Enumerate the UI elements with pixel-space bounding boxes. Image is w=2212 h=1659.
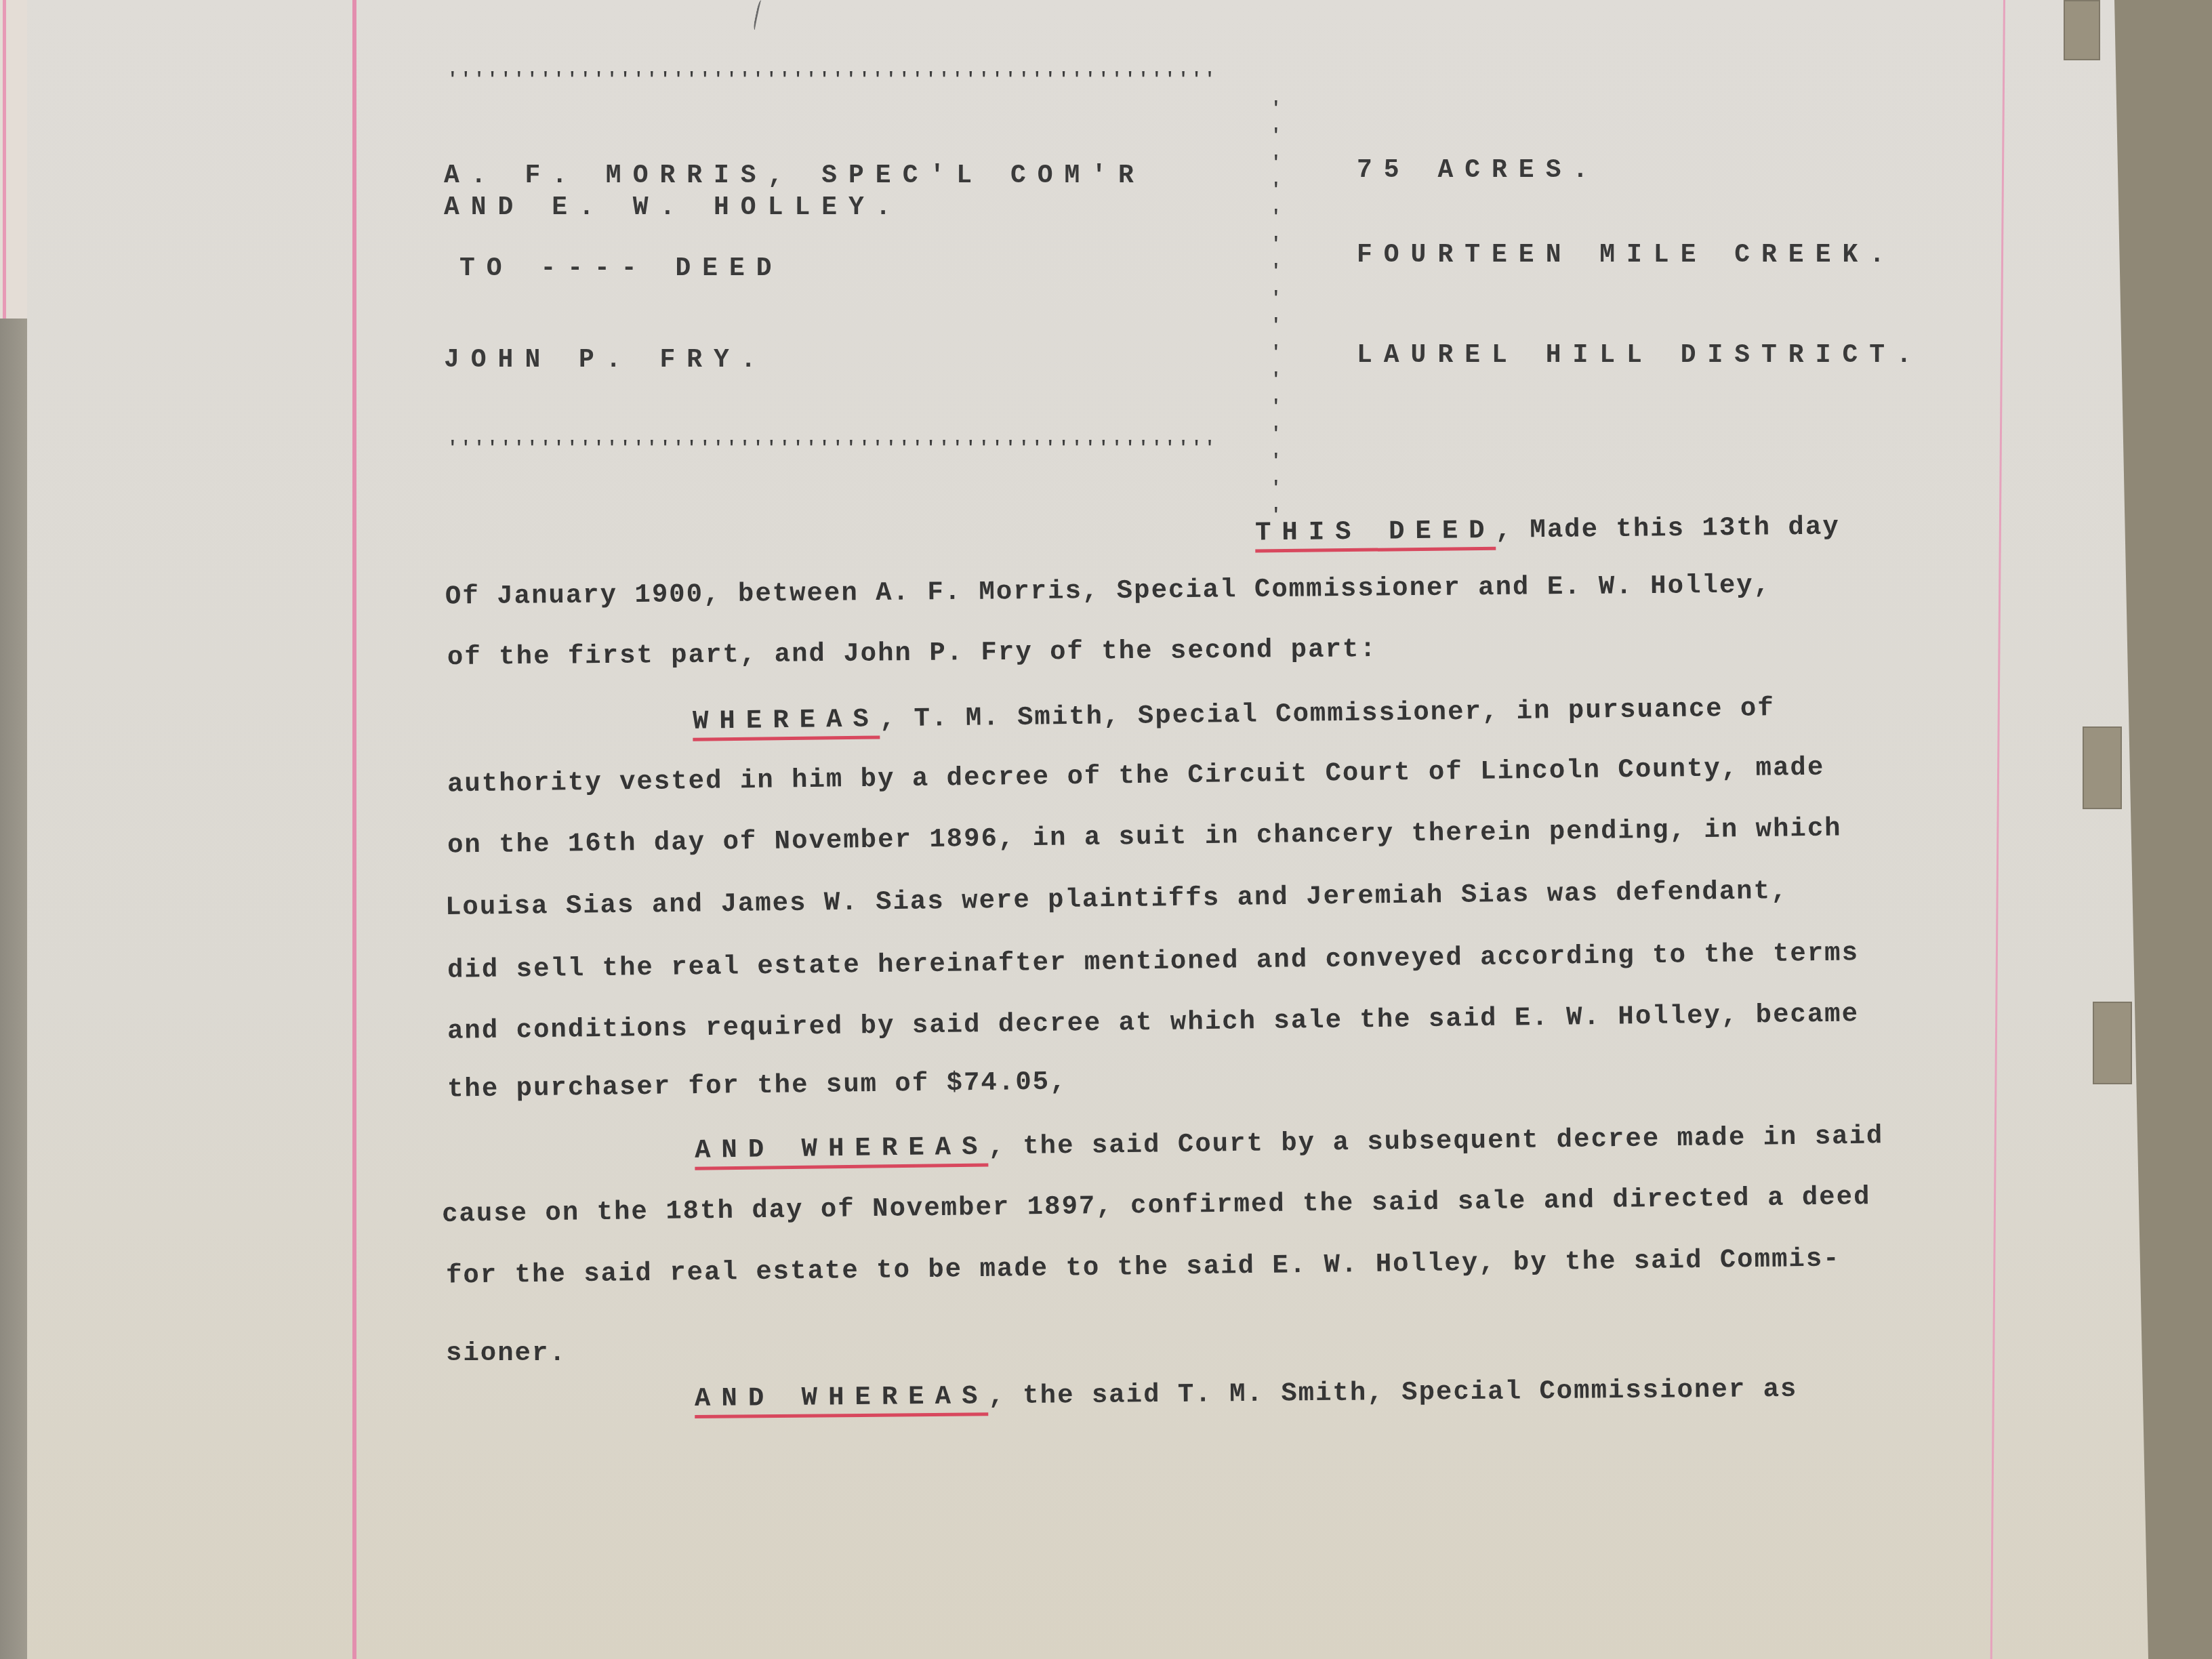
text-line: and conditions required by said decree a… [447,999,1860,1046]
property-location: FOURTEEN MILE CREEK. [1357,241,1896,270]
deed-page: ''''''''''''''''''''''''''''''''''''''''… [27,0,2148,1659]
text-line: did sell the real estate hereinafter men… [447,938,1860,985]
property-acreage: 75 ACRES. [1357,156,1599,185]
grantee-name: JOHN P. FRY. [444,346,768,375]
text-line: sioner. [446,1338,567,1368]
text-line: on the 16th day of November 1896, in a s… [447,813,1842,860]
pen-mark [752,0,764,30]
paragraph-and-whereas-2: AND WHEREAS, the said T. M. Smith, Speci… [695,1374,1798,1414]
text-line: authority vested in him by a decree of t… [447,753,1825,800]
right-margin-rule [1990,0,2005,1659]
text-line: of the first part, and John P. Fry of th… [447,634,1377,672]
punch-hole-top [2064,0,2100,60]
grantors-line-1: A. F. MORRIS, SPEC'L COM'R [444,161,1145,190]
header-border-bottom: ''''''''''''''''''''''''''''''''''''''''… [447,439,1218,457]
left-margin-rule [352,0,356,1659]
lead-whereas: WHEREAS [693,704,880,741]
property-district: LAUREL HILL DISTRICT. [1357,341,1923,370]
paragraph-and-whereas-1: AND WHEREAS, the said Court by a subsequ… [695,1121,1884,1165]
punch-hole-lower [2093,1002,2132,1084]
underlying-margin-rule [3,0,6,319]
header-border-side: ' ' ' ' ' ' ' ' ' ' ' ' ' ' ' ' [1271,95,1282,529]
lead-and-whereas-2: AND WHEREAS [695,1381,989,1418]
lead-and-whereas-1: AND WHEREAS [695,1132,989,1170]
lead-this-deed: THIS DEED [1255,516,1496,553]
header-border-top: ''''''''''''''''''''''''''''''''''''''''… [447,70,1218,88]
text-line: the purchaser for the sum of $74.05, [447,1067,1067,1104]
text-line: cause on the 18th day of November 1897, … [442,1182,1871,1229]
paragraph-whereas: WHEREAS, T. M. Smith, Special Commission… [693,693,1775,737]
text-line: for the said real estate to be made to t… [446,1244,1841,1290]
instrument-type: TO ---- DEED [459,254,783,283]
punch-hole-middle [2083,726,2122,809]
text-line: Louisa Sias and James W. Sias were plain… [445,876,1788,922]
paragraph-this-deed: THIS DEED, Made this 13th day [1255,512,1840,548]
text-line: Of January 1900, between A. F. Morris, S… [445,570,1771,611]
grantors-line-2: AND E. W. HOLLEY. [444,193,903,222]
